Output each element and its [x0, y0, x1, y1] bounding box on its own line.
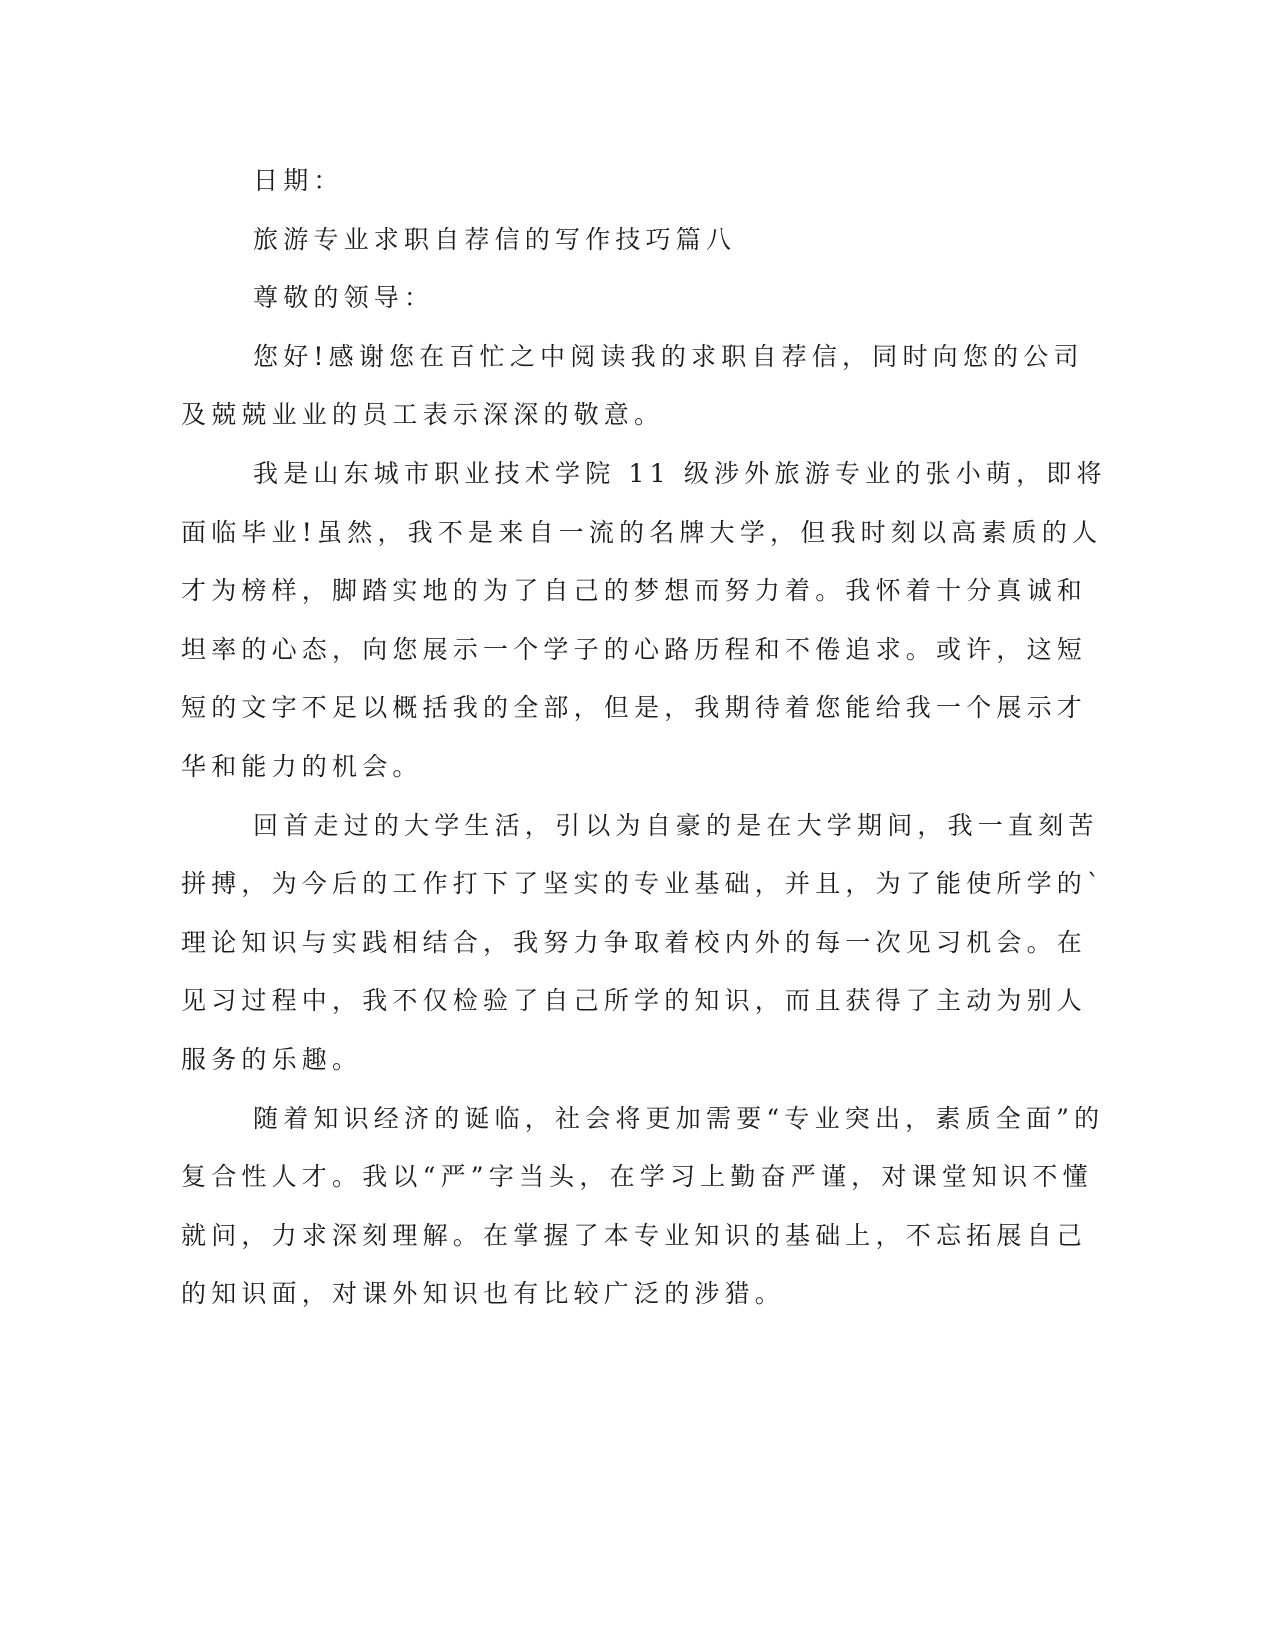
- salutation: 尊敬的领导：: [253, 283, 434, 313]
- paragraph-4-line-4: 的知识面，对课外知识也有比较广泛的涉猎。: [181, 1279, 785, 1309]
- paragraph-4-line-2: 复合性人才。我以“严”字当头，在学习上勤奋严谨，对课堂知识不懂: [181, 1162, 1093, 1192]
- paragraph-4-line-3: 就问，力求深刻理解。在掌握了本专业知识的基础上，不忘拓展自己: [181, 1221, 1087, 1251]
- paragraph-2-line-1: 我是山东城市职业技术学院 11 级涉外旅游专业的张小萌，即将: [253, 459, 1107, 489]
- document-page: 日期： 旅游专业求职自荐信的写作技巧篇八 尊敬的领导： 您好!感谢您在百忙之中阅…: [0, 0, 1275, 1650]
- paragraph-2-line-3: 才为榜样，脚踏实地的为了自己的梦想而努力着。我怀着十分真诚和: [181, 576, 1087, 606]
- paragraph-2-line-2: 面临毕业!虽然，我不是来自一流的名牌大学，但我时刻以高素质的人: [181, 518, 1102, 548]
- document-heading: 旅游专业求职自荐信的写作技巧篇八: [253, 225, 736, 255]
- paragraph-1-line-2: 及兢兢业业的员工表示深深的敬意。: [181, 400, 664, 430]
- paragraph-3-line-3: 理论知识与实践相结合，我努力争取着校内外的每一次见习机会。在: [181, 928, 1087, 958]
- paragraph-4-line-1: 随着知识经济的诞临，社会将更加需要“专业突出，素质全面”的: [253, 1104, 1104, 1134]
- paragraph-3-line-4: 见习过程中，我不仅检验了自己所学的知识，而且获得了主动为别人: [181, 986, 1087, 1016]
- date-label: 日期：: [253, 166, 344, 196]
- paragraph-3-line-2: 拼搏，为今后的工作打下了坚实的专业基础，并且，为了能使所学的`: [181, 869, 1105, 899]
- paragraph-2-line-4: 坦率的心态，向您展示一个学子的心路历程和不倦追求。或许，这短: [181, 635, 1087, 665]
- paragraph-2-line-6: 华和能力的机会。: [181, 752, 423, 782]
- paragraph-1-line-1: 您好!感谢您在百忙之中阅读我的求职自荐信，同时向您的公司: [253, 342, 1084, 372]
- paragraph-3-line-5: 服务的乐趣。: [181, 1045, 362, 1075]
- paragraph-2-line-5: 短的文字不足以概括我的全部，但是，我期待着您能给我一个展示才: [181, 693, 1087, 723]
- paragraph-3-line-1: 回首走过的大学生活，引以为自豪的是在大学期间，我一直刻苦: [253, 811, 1099, 841]
